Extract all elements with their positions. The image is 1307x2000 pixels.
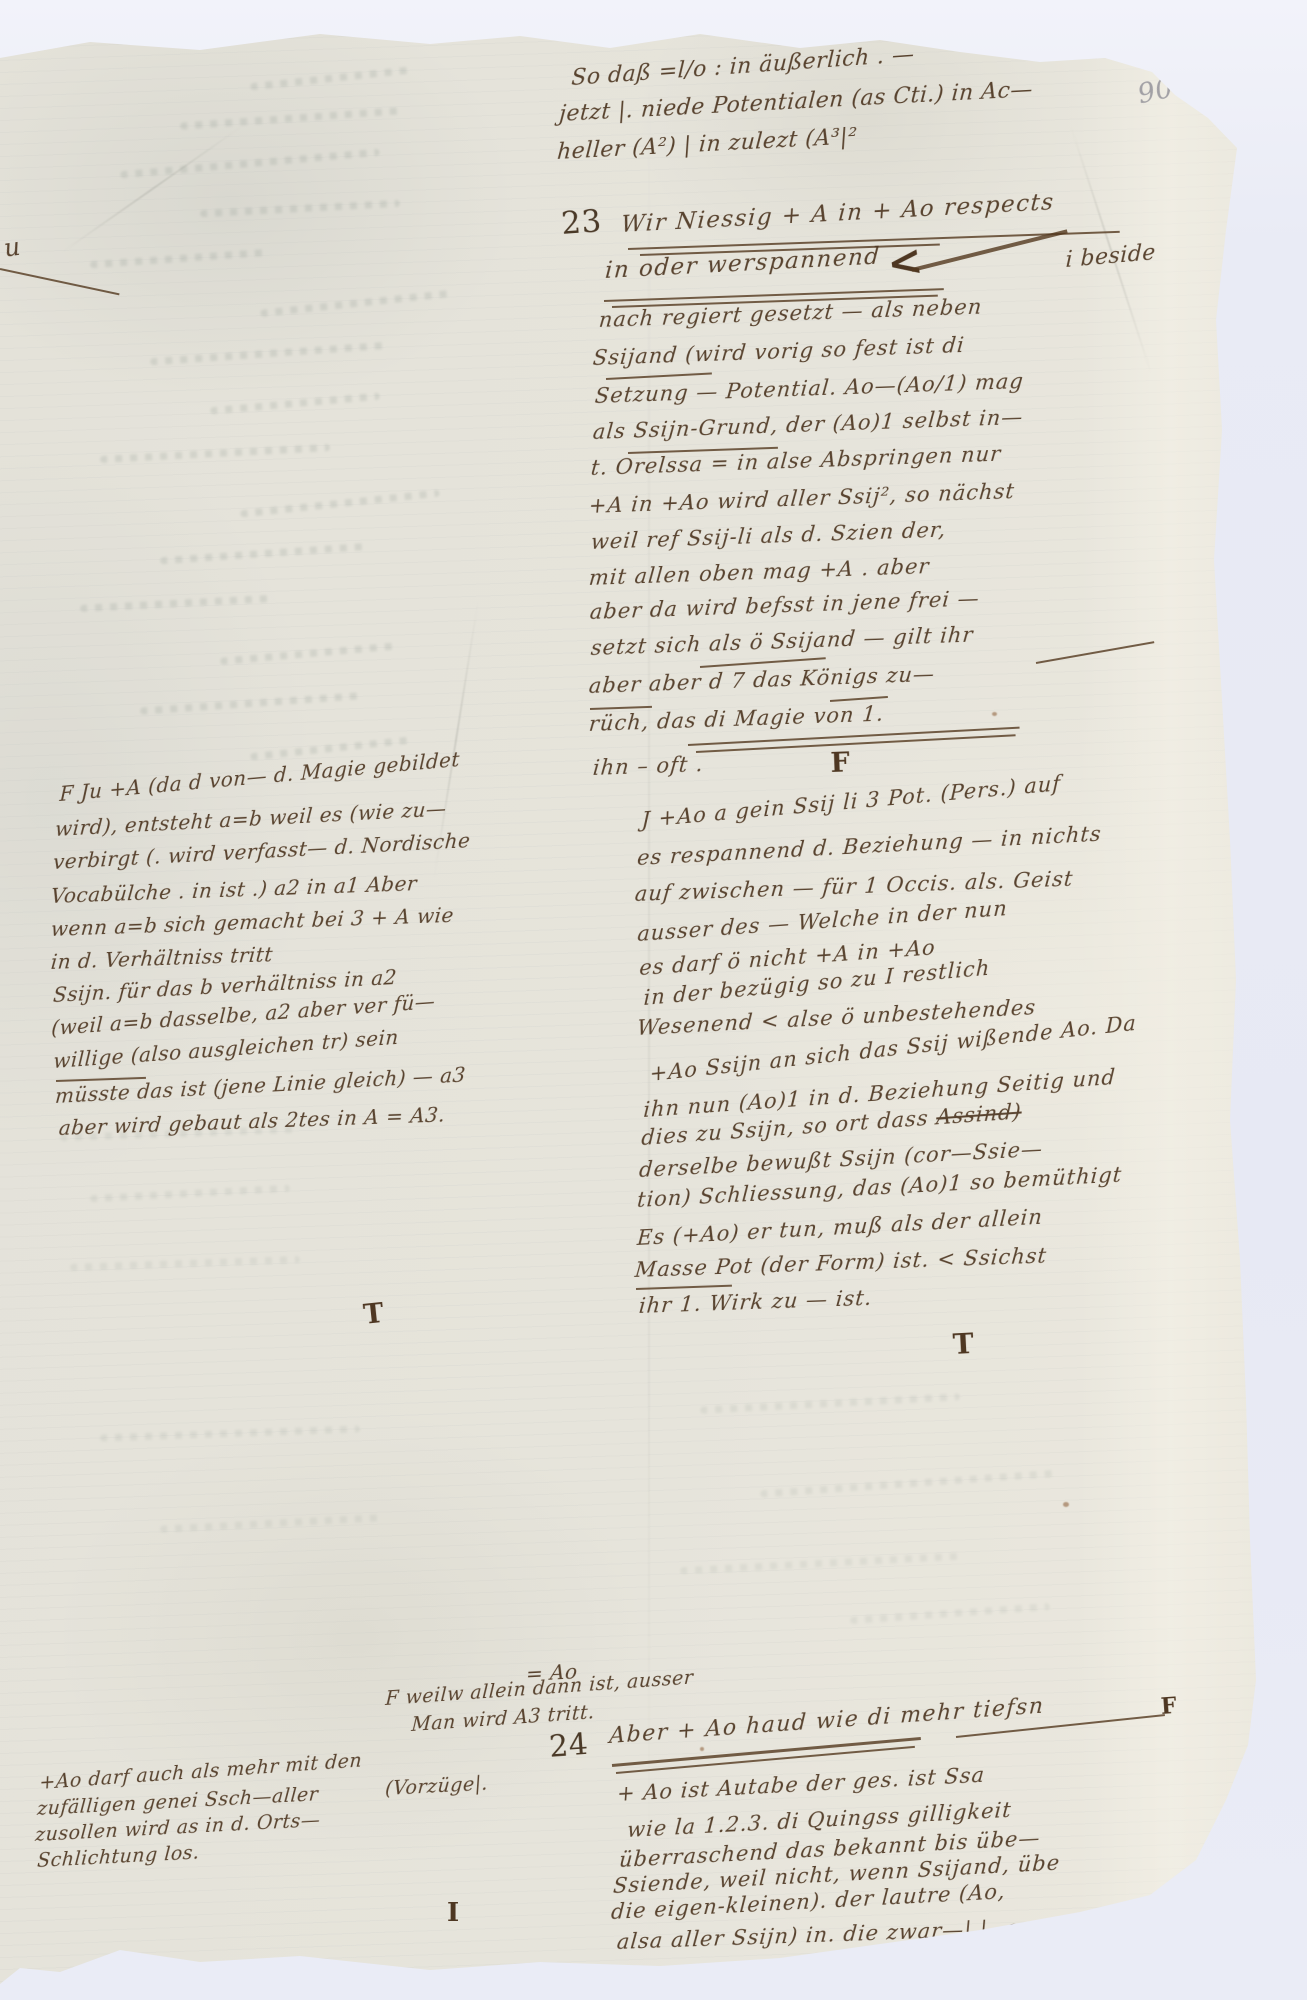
handwriting-line: + Ao ist Autabe der ges. ist Ssa bbox=[616, 1763, 986, 1806]
bleedthrough-mark bbox=[160, 543, 370, 565]
bleedthrough-mark bbox=[200, 200, 400, 217]
handwriting-line: So daß =l/o : in äußerlich . — bbox=[571, 42, 915, 91]
bleedthrough-mark bbox=[220, 642, 400, 665]
f-mark: F bbox=[830, 747, 850, 779]
manuscript-paper-sheet: 90 u So daß =l/o : in äußerlich . — jetz… bbox=[0, 0, 1268, 1996]
bleedthrough-mark bbox=[100, 1425, 360, 1441]
i-mark-bottom: I bbox=[447, 1898, 459, 1928]
margin-mark: u bbox=[2, 232, 22, 263]
handwriting-line: Wir Niessig + A in + Ao respects bbox=[620, 189, 1055, 238]
bleedthrough-mark bbox=[180, 107, 400, 129]
handwriting-line: es respannend d. Beziehung — in nichts bbox=[636, 822, 1102, 870]
page-number: 90 bbox=[1135, 73, 1176, 111]
bleedthrough-mark bbox=[80, 595, 270, 612]
section-number-24: 24 bbox=[548, 1727, 590, 1765]
bleedthrough-mark bbox=[90, 249, 270, 269]
bleedthrough-mark bbox=[70, 1256, 300, 1271]
handwriting-line: ihr 1. Wirk zu — ist. bbox=[638, 1286, 874, 1318]
handwriting-line: mit allen oben mag +A . aber bbox=[588, 554, 931, 590]
handwriting-line: Schlichtung los. bbox=[36, 1841, 200, 1872]
arrow-left-icon: < bbox=[884, 235, 926, 288]
handwriting-line: müsste das ist (jene Linie gleich) — a3 bbox=[54, 1062, 466, 1108]
bleedthrough-mark bbox=[210, 393, 380, 415]
ink-underline bbox=[606, 372, 712, 380]
section-number-23: 23 bbox=[560, 203, 603, 242]
handwriting-line: Es (+Ao) er tun, muß als der allein bbox=[636, 1205, 1043, 1250]
crease-line bbox=[60, 126, 241, 254]
bleedthrough-mark bbox=[850, 1603, 1050, 1624]
handwriting-line: in d. Verhältniss tritt bbox=[50, 942, 274, 974]
t-mark-right: T bbox=[952, 1327, 975, 1361]
t-mark-left: T bbox=[362, 1298, 385, 1331]
bleedthrough-mark bbox=[680, 1553, 960, 1575]
ink-underline bbox=[1036, 641, 1155, 664]
bleedthrough-mark bbox=[760, 1470, 1060, 1498]
bleedthrough-mark bbox=[260, 290, 450, 317]
handwriting-line: aber aber d 7 das Königs zu— bbox=[588, 662, 936, 698]
handwriting-line: Vocabülche . in ist .) a2 in a1 Aber bbox=[50, 871, 418, 908]
bleedthrough-mark bbox=[90, 1185, 290, 1202]
handwriting-line: wenn a=b sich gemacht bei 3 + A wie bbox=[50, 903, 455, 941]
handwriting-line: heller (A²) | in zulezt (A³|² bbox=[556, 124, 858, 165]
margin-mark-flourish bbox=[0, 268, 120, 295]
handwriting-line: weil ref Ssij-li als d. Szien der, bbox=[590, 518, 947, 554]
bleedthrough-mark bbox=[120, 149, 380, 179]
bleedthrough-mark bbox=[250, 67, 410, 91]
handwriting-line: (Vorzüge|. bbox=[384, 1773, 488, 1801]
bleedthrough-mark bbox=[140, 692, 360, 714]
bleedthrough-mark bbox=[240, 490, 440, 518]
handwriting-line: Aber + Ao haud wie di mehr tiefsn bbox=[609, 1694, 1045, 1750]
handwriting-line: Masse Pot (der Form) ist. < Ssichst bbox=[634, 1244, 1048, 1282]
struck-word: Assind) bbox=[936, 1099, 1023, 1129]
handwriting-line: auf zwischen — für 1 Occis. als. Geist bbox=[634, 867, 1075, 906]
bleedthrough-mark bbox=[150, 342, 390, 366]
handwriting-line: +A in +Ao wird aller Ssij², so nächst bbox=[588, 479, 1016, 518]
ink-underline bbox=[636, 1285, 732, 1290]
handwriting-line: alsa aller Ssijn) in. die zwar—|.|. ganz bbox=[616, 1915, 1059, 1954]
handwriting-line: J +Ao a gein Ssij li 3 Pot. (Pers.) auf bbox=[641, 771, 1061, 832]
handwriting-line: als Ssijn-Grund, der (Ao)1 selbst in— bbox=[592, 405, 1025, 444]
handwriting-line: i beside bbox=[1065, 240, 1156, 273]
handwriting-line: ihn – oft . bbox=[592, 752, 705, 780]
scanned-manuscript: { "page": { "number": "90" }, "colors": … bbox=[0, 0, 1307, 2000]
bleedthrough-mark bbox=[100, 444, 330, 463]
ink-speck bbox=[700, 1747, 704, 1751]
ink-speck bbox=[992, 712, 997, 716]
bleedthrough-mark bbox=[700, 1393, 960, 1414]
handwriting-line: t. Orelssa = in alse Abspringen nur bbox=[590, 442, 1002, 480]
ink-speck bbox=[1063, 1502, 1069, 1507]
bleedthrough-mark bbox=[160, 1514, 380, 1533]
